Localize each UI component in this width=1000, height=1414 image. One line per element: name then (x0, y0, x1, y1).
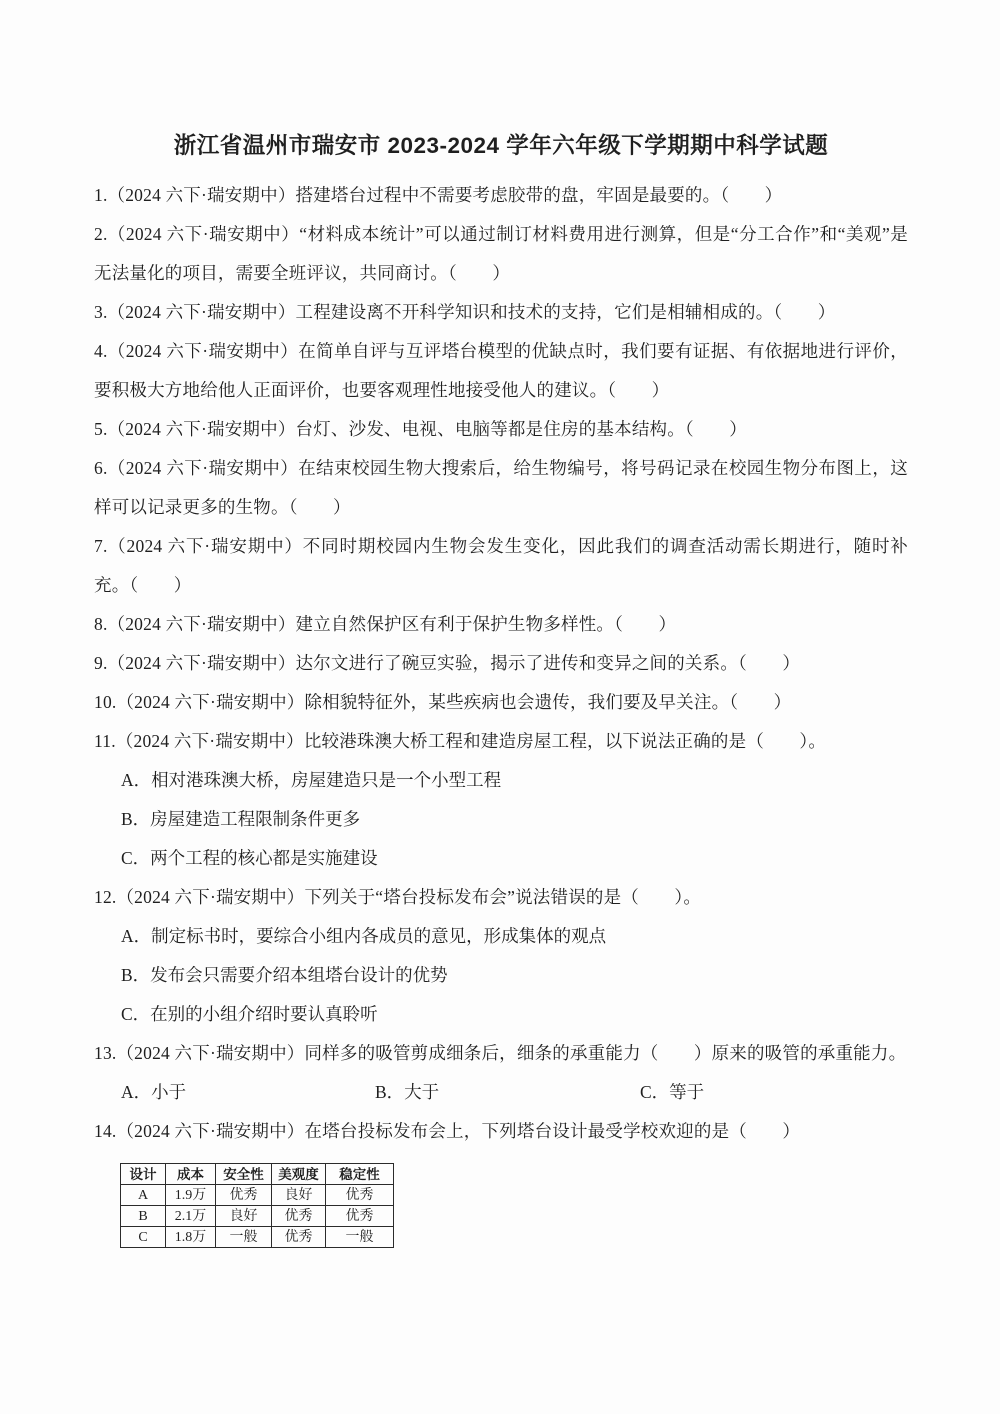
design-comparison-table: 设计 成本 安全性 美观度 稳定性 A 1.9万 优秀 良好 优秀 B 2.1万 (120, 1163, 394, 1248)
table-cell: 2.1万 (166, 1206, 216, 1227)
table-cell: 一般 (326, 1227, 394, 1248)
table-cell: 优秀 (326, 1206, 394, 1227)
table-cell: 1.9万 (166, 1185, 216, 1206)
table-header-row: 设计 成本 安全性 美观度 稳定性 (121, 1164, 394, 1185)
question-1: 1.（2024 六下·瑞安期中）搭建塔台过程中不需要考虑胶带的盘，牢固是最要的。… (94, 176, 908, 215)
question-12: 12.（2024 六下·瑞安期中）下列关于“塔台投标发布会”说法错误的是（ ）。 (94, 878, 908, 917)
question-14: 14.（2024 六下·瑞安期中）在塔台投标发布会上，下列塔台设计最受学校欢迎的… (94, 1112, 908, 1151)
table-row-c: C 1.8万 一般 优秀 一般 (121, 1227, 394, 1248)
table-header-safety: 安全性 (216, 1164, 272, 1185)
table-cell: 优秀 (272, 1206, 326, 1227)
table-row-a: A 1.9万 优秀 良好 优秀 (121, 1185, 394, 1206)
table-cell: B (121, 1206, 166, 1227)
table-cell: 优秀 (326, 1185, 394, 1206)
table-header-cost: 成本 (166, 1164, 216, 1185)
table-cell: C (121, 1227, 166, 1248)
question-2: 2.（2024 六下·瑞安期中）“材料成本统计”可以通过制订材料费用进行测算，但… (94, 215, 908, 293)
question-11-option-b: B．房屋建造工程限制条件更多 (94, 800, 908, 839)
question-12-option-b: B．发布会只需要介绍本组塔台设计的优势 (94, 956, 908, 995)
question-13-options: A．小于 B．大于 C．等于 (94, 1073, 908, 1112)
question-12-option-a: A．制定标书时，要综合小组内各成员的意见，形成集体的观点 (94, 917, 908, 956)
question-6: 6.（2024 六下·瑞安期中）在结束校园生物大搜索后，给生物编号，将号码记录在… (94, 449, 908, 527)
table-cell: A (121, 1185, 166, 1206)
table-cell: 良好 (216, 1206, 272, 1227)
table-header-stability: 稳定性 (326, 1164, 394, 1185)
paper-content: 浙江省温州市瑞安市 2023-2024 学年六年级下学期期中科学试题 1.（20… (0, 0, 1000, 1248)
question-7: 7.（2024 六下·瑞安期中）不同时期校园内生物会发生变化，因此我们的调查活动… (94, 527, 908, 605)
table-header-design: 设计 (121, 1164, 166, 1185)
exam-paper-page: 浙江省温州市瑞安市 2023-2024 学年六年级下学期期中科学试题 1.（20… (0, 0, 1000, 1414)
question-8: 8.（2024 六下·瑞安期中）建立自然保护区有利于保护生物多样性。（ ） (94, 605, 908, 644)
table-cell: 优秀 (272, 1227, 326, 1248)
table-cell: 优秀 (216, 1185, 272, 1206)
question-5: 5.（2024 六下·瑞安期中）台灯、沙发、电视、电脑等都是住房的基本结构。（ … (94, 410, 908, 449)
question-11-option-a: A．相对港珠澳大桥，房屋建造只是一个小型工程 (94, 761, 908, 800)
question-13: 13.（2024 六下·瑞安期中）同样多的吸管剪成细条后，细条的承重能力（ ）原… (94, 1034, 908, 1073)
table-cell: 良好 (272, 1185, 326, 1206)
question-12-option-c: C．在别的小组介绍时要认真聆听 (94, 995, 908, 1034)
question-13-option-c: C．等于 (640, 1073, 908, 1112)
question-9: 9.（2024 六下·瑞安期中）达尔文进行了碗豆实验，揭示了进传和变异之间的关系… (94, 644, 908, 683)
question-3: 3.（2024 六下·瑞安期中）工程建设离不开科学知识和技术的支持，它们是相辅相… (94, 293, 908, 332)
question-11-option-c: C．两个工程的核心都是实施建设 (94, 839, 908, 878)
table-row-b: B 2.1万 良好 优秀 优秀 (121, 1206, 394, 1227)
question-4: 4.（2024 六下·瑞安期中）在简单自评与互评塔台模型的优缺点时，我们要有证据… (94, 332, 908, 410)
table-cell: 一般 (216, 1227, 272, 1248)
question-11: 11.（2024 六下·瑞安期中）比较港珠澳大桥工程和建造房屋工程，以下说法正确… (94, 722, 908, 761)
question-13-option-a: A．小于 (121, 1073, 375, 1112)
table-header-beauty: 美观度 (272, 1164, 326, 1185)
table-cell: 1.8万 (166, 1227, 216, 1248)
question-13-option-b: B．大于 (375, 1073, 640, 1112)
page-title: 浙江省温州市瑞安市 2023-2024 学年六年级下学期期中科学试题 (94, 132, 908, 160)
question-10: 10.（2024 六下·瑞安期中）除相貌特征外，某些疾病也会遗传，我们要及早关注… (94, 683, 908, 722)
